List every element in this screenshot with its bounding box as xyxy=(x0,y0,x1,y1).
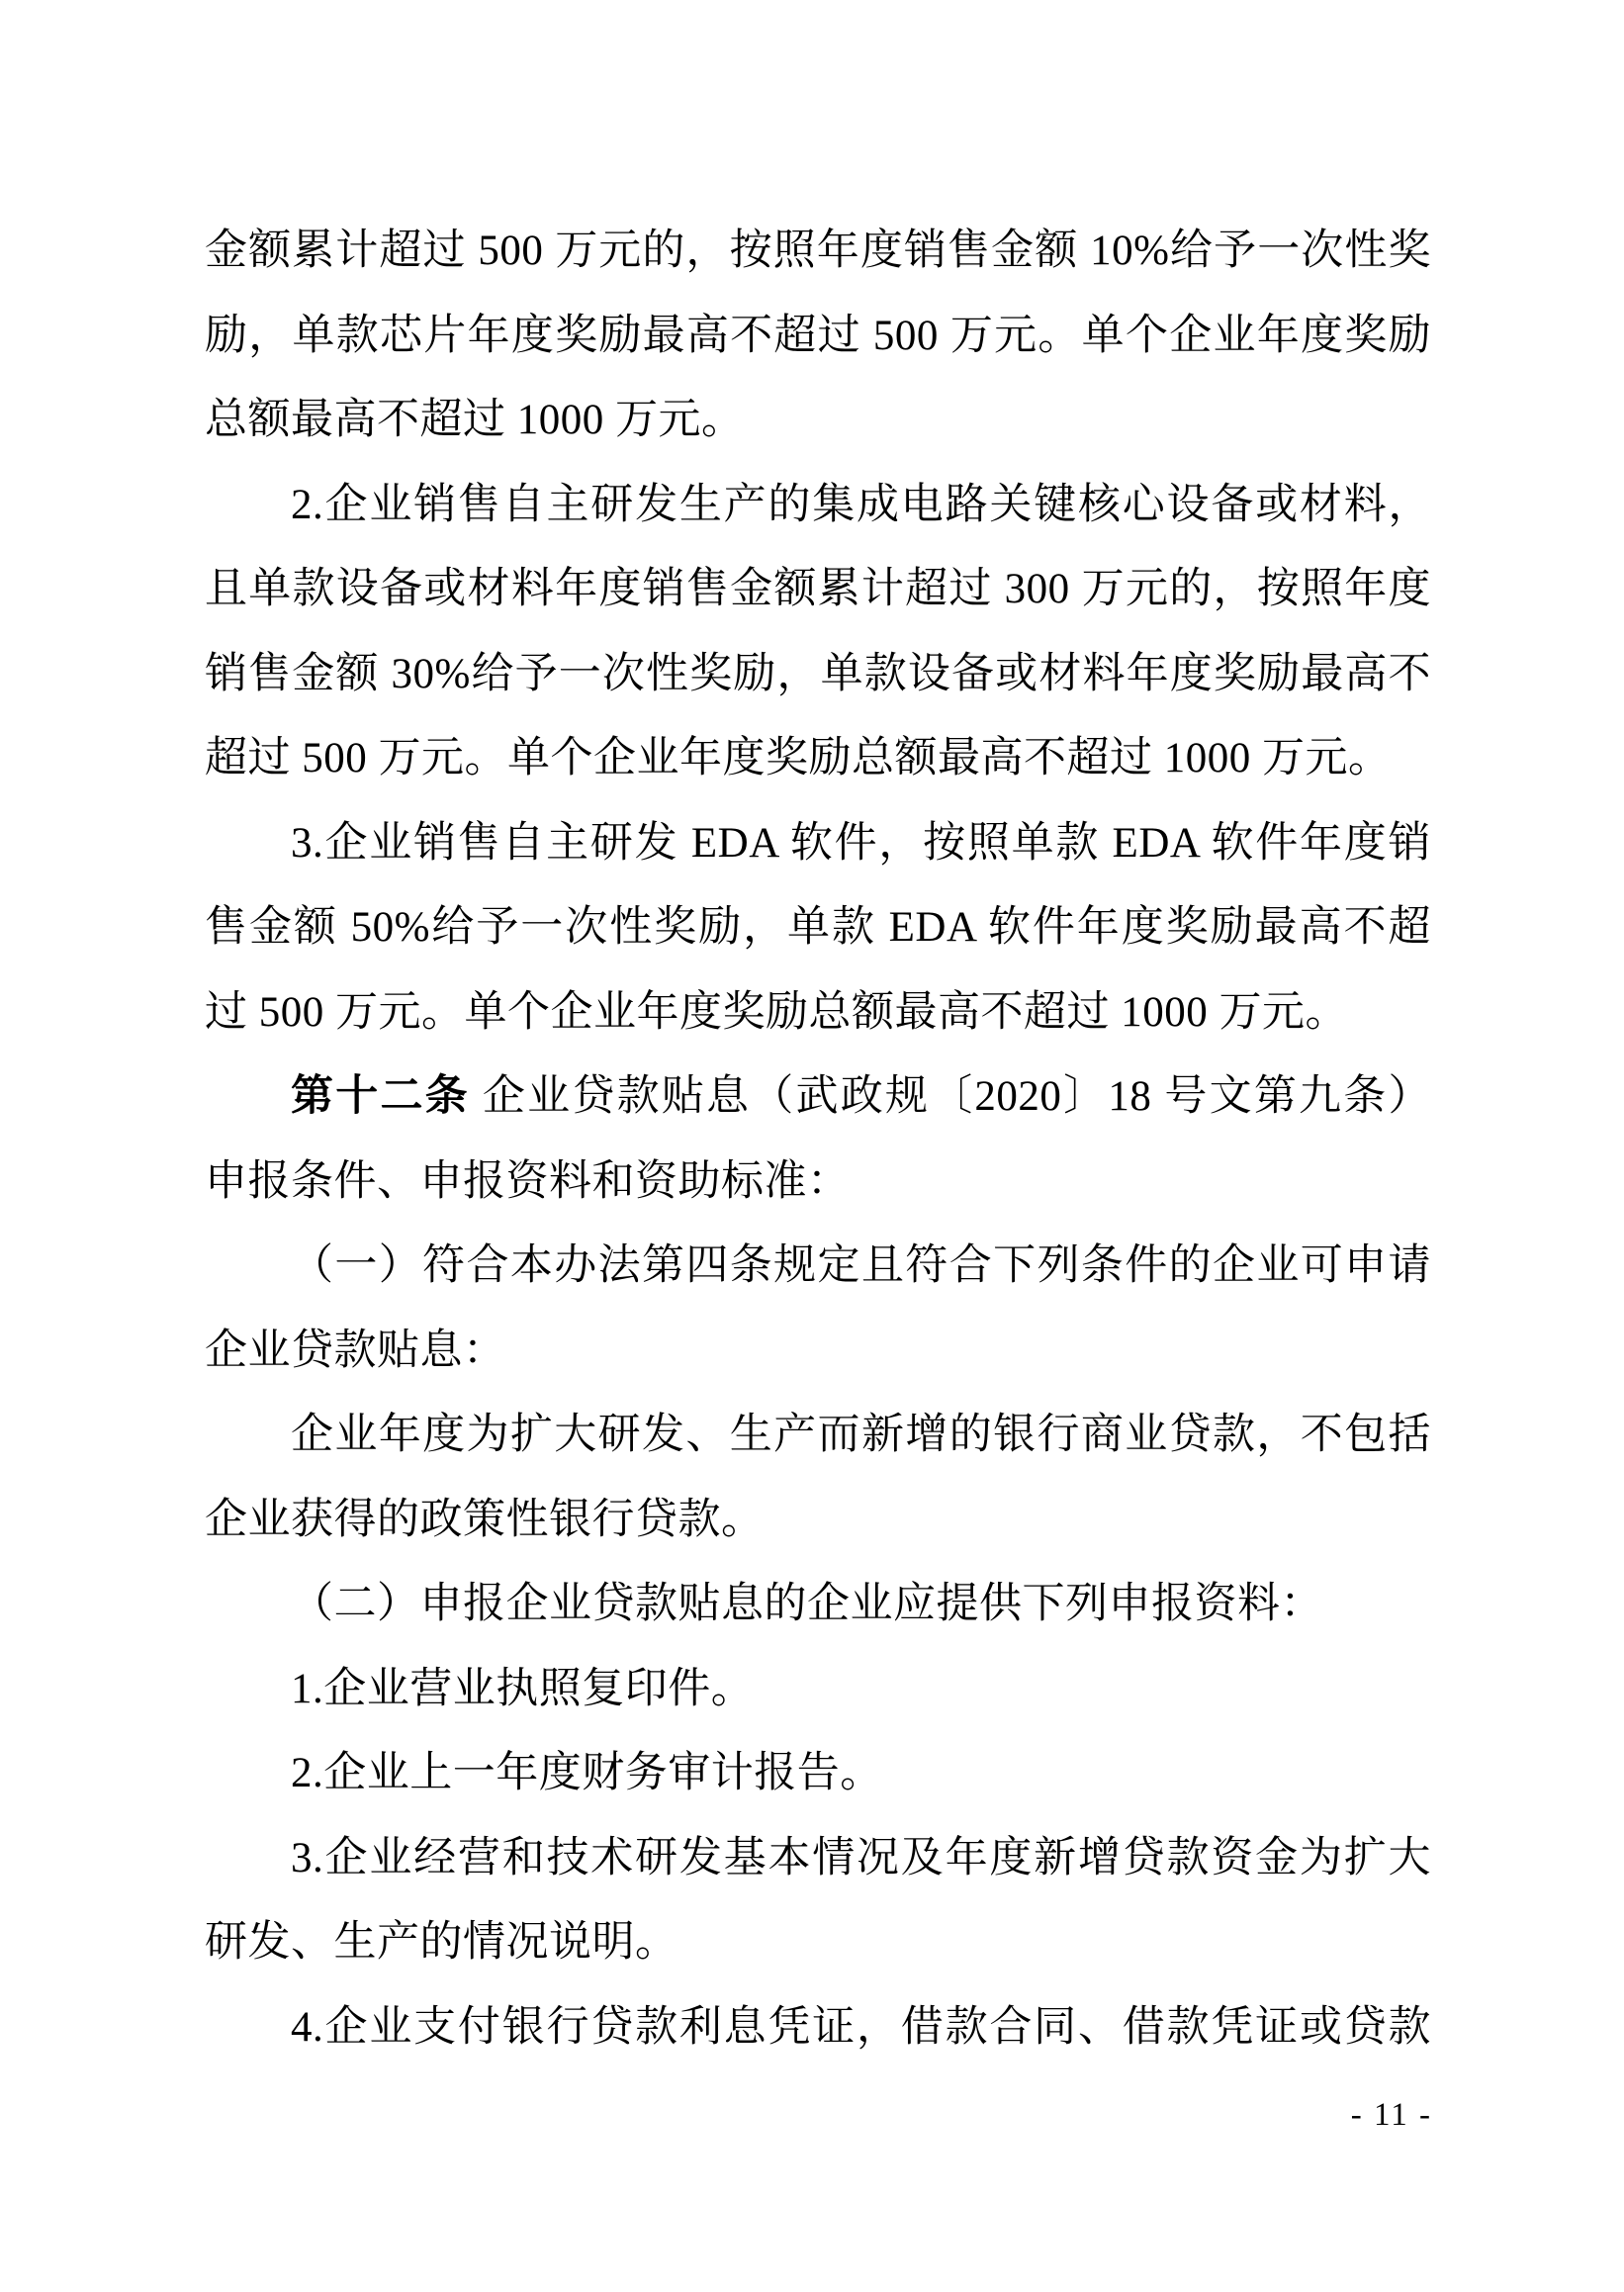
text-line: （二）申报企业贷款贴息的企业应提供下列申报资料： xyxy=(205,1562,1431,1647)
text-segment: （二）申报企业贷款贴息的企业应提供下列申报资料： xyxy=(291,1581,1323,1627)
text-line: 1.企业营业执照复印件。 xyxy=(205,1647,1431,1732)
text-segment: 金额累计超过 500 万元的，按照年度销售金额 10%给予一次性奖 xyxy=(205,228,1431,274)
text-line: 3.企业经营和技术研发基本情况及年度新增贷款资金为扩大 xyxy=(205,1816,1431,1901)
text-segment: 3.企业销售自主研发 EDA 软件，按照单款 EDA 软件年度销 xyxy=(291,820,1431,867)
text-line: 企业获得的政策性银行贷款。 xyxy=(205,1478,1431,1563)
text-segment: 且单款设备或材料年度销售金额累计超过 300 万元的，按照年度 xyxy=(205,566,1431,612)
text-line: 2.企业上一年度财务审计报告。 xyxy=(205,1731,1431,1816)
text-line: 申报条件、申报资料和资助标准： xyxy=(205,1140,1431,1225)
text-line: 企业贷款贴息： xyxy=(205,1309,1431,1394)
page-number: - 11 - xyxy=(1351,2095,1432,2135)
text-segment: 过 500 万元。单个企业年度奖励总额最高不超过 1000 万元。 xyxy=(205,989,1348,1036)
text-segment: 企业贷款贴息（武政规〔2020〕18 号文第九条） xyxy=(470,1073,1431,1120)
document-body: 金额累计超过 500 万元的，按照年度销售金额 10%给予一次性奖励，单款芯片年… xyxy=(205,209,1431,2069)
document-page: 金额累计超过 500 万元的，按照年度销售金额 10%给予一次性奖励，单款芯片年… xyxy=(0,0,1624,2292)
text-line: 研发、生产的情况说明。 xyxy=(205,1900,1431,1985)
text-segment: 企业年度为扩大研发、生产而新增的银行商业贷款，不包括 xyxy=(291,1412,1431,1458)
text-line: 超过 500 万元。单个企业年度奖励总额最高不超过 1000 万元。 xyxy=(205,716,1431,801)
text-segment: 3.企业经营和技术研发基本情况及年度新增贷款资金为扩大 xyxy=(291,1835,1431,1881)
text-segment: 励，单款芯片年度奖励最高不超过 500 万元。单个企业年度奖励 xyxy=(205,313,1431,359)
text-segment: 企业贷款贴息： xyxy=(205,1328,506,1374)
text-line: 且单款设备或材料年度销售金额累计超过 300 万元的，按照年度 xyxy=(205,547,1431,632)
text-line: 金额累计超过 500 万元的，按照年度销售金额 10%给予一次性奖 xyxy=(205,209,1431,294)
text-segment: 2.企业上一年度财务审计报告。 xyxy=(291,1750,883,1796)
bold-text-segment: 第十二条 xyxy=(291,1073,470,1120)
text-segment: 2.企业销售自主研发生产的集成电路关键核心设备或材料， xyxy=(291,482,1431,528)
text-segment: 超过 500 万元。单个企业年度奖励总额最高不超过 1000 万元。 xyxy=(205,735,1392,781)
text-segment: 总额最高不超过 1000 万元。 xyxy=(205,397,745,443)
text-line: 2.企业销售自主研发生产的集成电路关键核心设备或材料， xyxy=(205,463,1431,548)
text-line: 销售金额 30%给予一次性奖励，单款设备或材料年度奖励最高不 xyxy=(205,632,1431,717)
text-line: 过 500 万元。单个企业年度奖励总额最高不超过 1000 万元。 xyxy=(205,970,1431,1055)
text-line: 总额最高不超过 1000 万元。 xyxy=(205,378,1431,463)
text-line: 4.企业支付银行贷款利息凭证，借款合同、借款凭证或贷款 xyxy=(205,1985,1431,2070)
text-segment: （一）符合本办法第四条规定且符合下列条件的企业可申请 xyxy=(291,1242,1431,1289)
text-line: （一）符合本办法第四条规定且符合下列条件的企业可申请 xyxy=(205,1224,1431,1309)
text-segment: 销售金额 30%给予一次性奖励，单款设备或材料年度奖励最高不 xyxy=(205,651,1431,697)
text-line: 励，单款芯片年度奖励最高不超过 500 万元。单个企业年度奖励 xyxy=(205,294,1431,379)
text-line: 企业年度为扩大研发、生产而新增的银行商业贷款，不包括 xyxy=(205,1393,1431,1478)
text-segment: 企业获得的政策性银行贷款。 xyxy=(205,1497,765,1543)
text-segment: 售金额 50%给予一次性奖励，单款 EDA 软件年度奖励最高不超 xyxy=(205,904,1431,951)
text-segment: 申报条件、申报资料和资助标准： xyxy=(205,1158,851,1205)
text-segment: 4.企业支付银行贷款利息凭证，借款合同、借款凭证或贷款 xyxy=(291,2004,1431,2051)
text-line: 3.企业销售自主研发 EDA 软件，按照单款 EDA 软件年度销 xyxy=(205,801,1431,886)
text-segment: 研发、生产的情况说明。 xyxy=(205,1919,678,1966)
text-line: 第十二条 企业贷款贴息（武政规〔2020〕18 号文第九条） xyxy=(205,1054,1431,1140)
text-segment: 1.企业营业执照复印件。 xyxy=(291,1666,754,1712)
text-line: 售金额 50%给予一次性奖励，单款 EDA 软件年度奖励最高不超 xyxy=(205,885,1431,970)
